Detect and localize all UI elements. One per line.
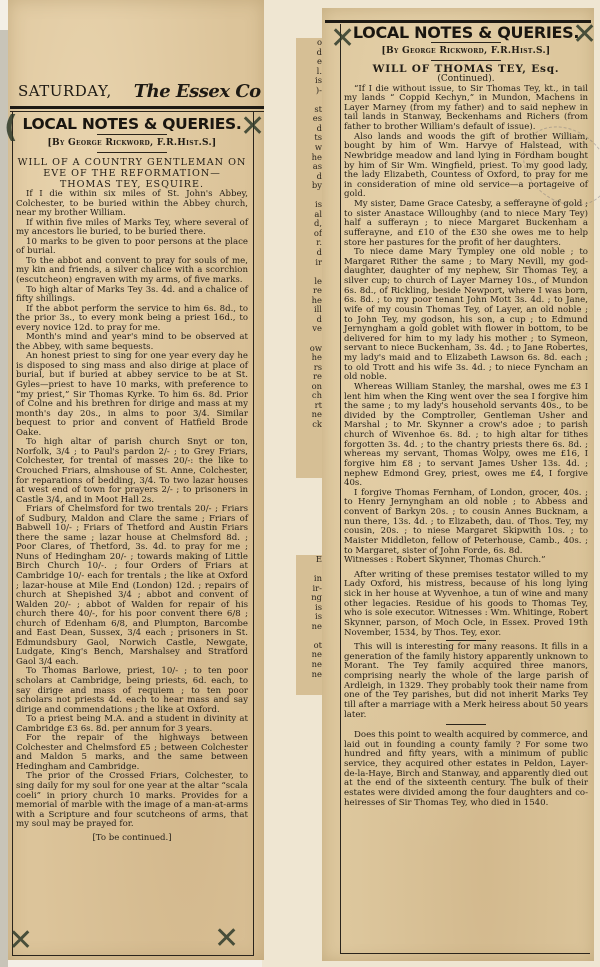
masthead-paper-name: The Essex Co: [134, 81, 261, 102]
section-heading: LOCAL NOTES & QUERIES.: [344, 28, 588, 38]
paragraph: If the abbot perform the service to him …: [16, 305, 248, 334]
paragraph: To niece dame Mary Tympley one old noble…: [344, 248, 588, 383]
right-column-border: [253, 112, 254, 955]
right-clip-bottom-rule: [340, 953, 590, 954]
paragraph: Friars of Chelmsford for two trentals 20…: [16, 505, 248, 667]
paragraph: If I die within six miles of St. John's …: [16, 190, 248, 219]
paragraph: 10 marks to be given to poor persons at …: [16, 238, 248, 257]
paragraph: To high altar of parish church Snyt or t…: [16, 438, 248, 505]
masthead-rule: [10, 106, 264, 109]
left-edge-strip: [0, 30, 8, 967]
paragraph: For the repair of the highways between C…: [16, 734, 248, 772]
left-column-border: [12, 112, 13, 955]
paragraph: After writing of these premises testator…: [344, 571, 588, 638]
pencil-x-mark-icon: (: [4, 113, 18, 143]
article-title-line-1: WILL OF A COUNTRY GENTLEMAN ON: [16, 157, 248, 168]
article-title-line-2: EVE OF THE REFORMATION—: [16, 168, 248, 179]
divider: [446, 724, 486, 725]
paragraph: To Thomas Barlowe, priest, 10/- ; to ten…: [16, 667, 248, 715]
divider: [446, 640, 486, 641]
pencil-x-mark-icon: ✕: [572, 20, 597, 50]
paragraph: To the abbot and convent to pray for sou…: [16, 257, 248, 286]
margin-text-fragment-bottom: E in ir- ng is is ne ot ne ne ne: [296, 555, 324, 695]
to-be-continued: [To be continued.]: [16, 834, 248, 844]
paragraph: If within five miles of Marks Tey, where…: [16, 219, 248, 238]
section-heading: LOCAL NOTES & QUERIES.: [16, 120, 248, 130]
margin-text-fragment-top: o d e l. is )- st es d ts w he as d by i…: [296, 38, 324, 478]
right-clip-left-border: [340, 24, 341, 954]
paragraph: Does this point to wealth acquired by co…: [344, 731, 588, 808]
paragraph: Month's mind and year's mind to be obser…: [16, 333, 248, 352]
paragraph: My sister, Dame Grace Catesby, a seffera…: [344, 200, 588, 248]
pencil-x-mark-icon: ✕: [214, 924, 239, 954]
paragraph: Whereas William Stanley, the marshal, ow…: [344, 383, 588, 489]
paragraph: To a priest being M.A. and a student in …: [16, 715, 248, 734]
byline: [By George Rickword, F.R.Hist.S.]: [16, 139, 248, 149]
divider: [97, 134, 167, 135]
byline: [By George Rickword, F.R.Hist.S.]: [344, 47, 588, 57]
pencil-x-mark-icon: ✕: [240, 112, 265, 142]
left-article: LOCAL NOTES & QUERIES. [By George Rickwo…: [16, 120, 248, 843]
divider: [431, 60, 501, 61]
divider: [97, 152, 167, 153]
pencil-x-mark-icon: ✕: [8, 926, 33, 956]
paragraph: To high altar of Marks Tey 3s. 4d. and a…: [16, 286, 248, 305]
pencil-x-mark-icon: ✕: [330, 24, 355, 54]
newspaper-masthead: SATURDAY, The Essex Co: [18, 78, 264, 104]
paragraph: This will is interesting for many reason…: [344, 643, 588, 720]
masthead-rule-thin: [10, 111, 264, 112]
masthead-day: SATURDAY,: [18, 82, 112, 100]
witnesses: Witnesses : Robert Skynner, Thomas Churc…: [344, 556, 588, 566]
paragraph: The prior of the Crossed Friars, Colches…: [16, 772, 248, 829]
paragraph: An honest priest to sing for one year ev…: [16, 352, 248, 438]
paragraph: I forgive Thomas Fernham, of London, gro…: [344, 489, 588, 556]
